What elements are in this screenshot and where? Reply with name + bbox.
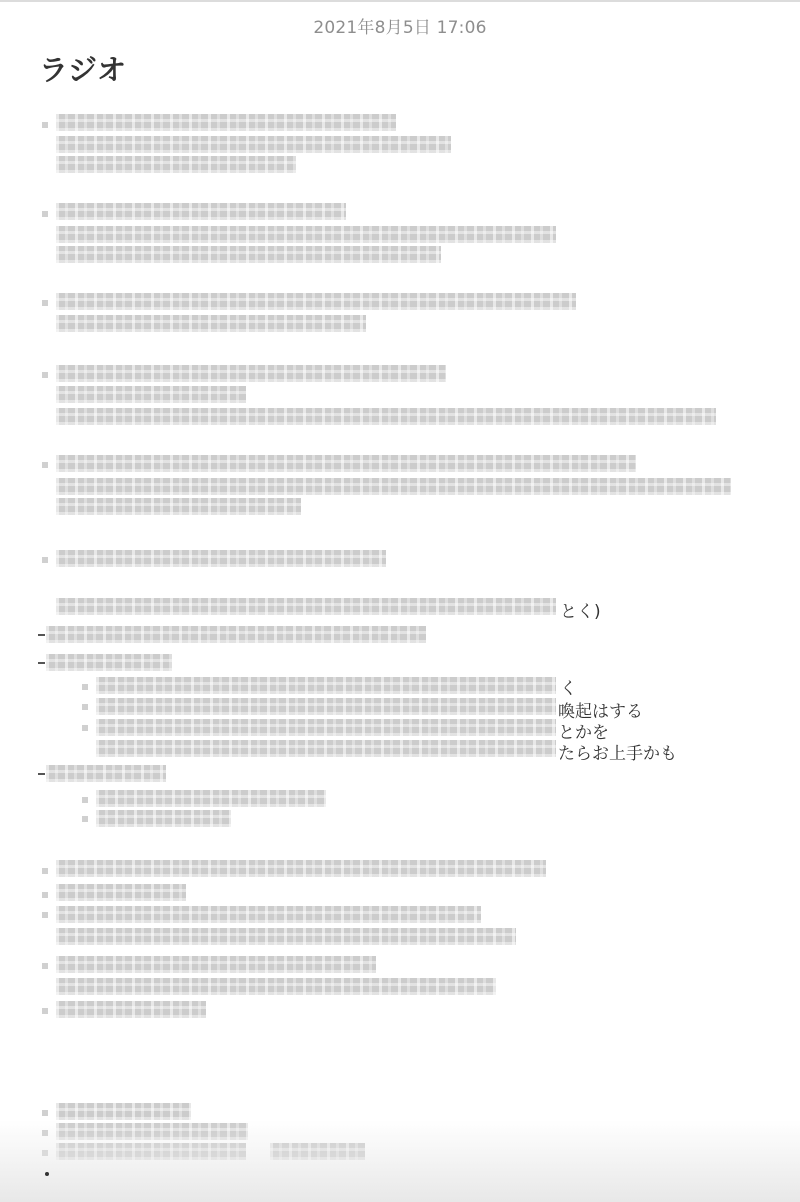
redacted-line — [56, 408, 716, 425]
redacted-line — [56, 226, 556, 243]
redacted-line — [56, 906, 481, 923]
redacted-line — [56, 315, 366, 332]
redacted-line — [56, 114, 396, 131]
bullet-icon — [82, 704, 88, 710]
redacted-line — [56, 1001, 206, 1018]
bullet-icon — [42, 963, 48, 969]
redacted-line — [46, 626, 426, 643]
bullet-icon — [82, 684, 88, 690]
bullet-icon — [82, 797, 88, 803]
redacted-line — [56, 386, 246, 403]
bullet-icon — [42, 211, 48, 217]
bullet-icon — [42, 912, 48, 918]
visible-fragment: く — [560, 674, 577, 699]
redacted-line — [56, 598, 556, 615]
bottom-fade — [0, 1120, 800, 1202]
redacted-line — [56, 860, 546, 877]
bullet-icon — [42, 892, 48, 898]
redacted-line — [46, 654, 172, 671]
redacted-line — [56, 956, 376, 973]
window-top-border — [0, 0, 800, 2]
note-date: 2021年8月5日 17:06 — [0, 13, 800, 38]
bullet-icon — [42, 122, 48, 128]
bullet-icon — [42, 372, 48, 378]
bullet-icon — [42, 1110, 48, 1116]
bullet-icon — [42, 462, 48, 468]
redacted-line — [96, 810, 231, 827]
redacted-line — [56, 246, 441, 263]
redacted-line — [56, 978, 496, 995]
redacted-line — [56, 884, 186, 901]
note-title: ラジオ — [39, 48, 126, 89]
redacted-line — [56, 293, 576, 310]
redacted-line — [56, 365, 446, 382]
bullet-icon — [42, 557, 48, 563]
dash-icon — [38, 662, 45, 664]
redacted-line — [56, 156, 296, 173]
visible-fragment: とく) — [560, 597, 601, 622]
redacted-line — [96, 790, 326, 807]
redacted-line — [46, 765, 166, 782]
redacted-line — [96, 719, 556, 736]
redacted-line — [56, 203, 346, 220]
redacted-line — [96, 740, 556, 757]
dash-icon — [38, 634, 45, 636]
bullet-icon — [42, 300, 48, 306]
bullet-icon — [82, 725, 88, 731]
redacted-line — [56, 478, 731, 495]
redacted-line — [56, 928, 516, 945]
bullet-icon — [82, 816, 88, 822]
redacted-line — [56, 1103, 191, 1120]
visible-fragment: たらお上手かも — [558, 739, 677, 764]
redacted-line — [96, 698, 556, 715]
redacted-line — [56, 498, 301, 515]
redacted-line — [56, 136, 451, 153]
bullet-icon — [42, 1008, 48, 1014]
bullet-icon — [42, 868, 48, 874]
redacted-line — [56, 455, 636, 472]
dash-icon — [38, 773, 45, 775]
redacted-line — [56, 550, 386, 567]
empty-bullet-icon[interactable] — [45, 1172, 49, 1176]
redacted-line — [96, 677, 556, 694]
